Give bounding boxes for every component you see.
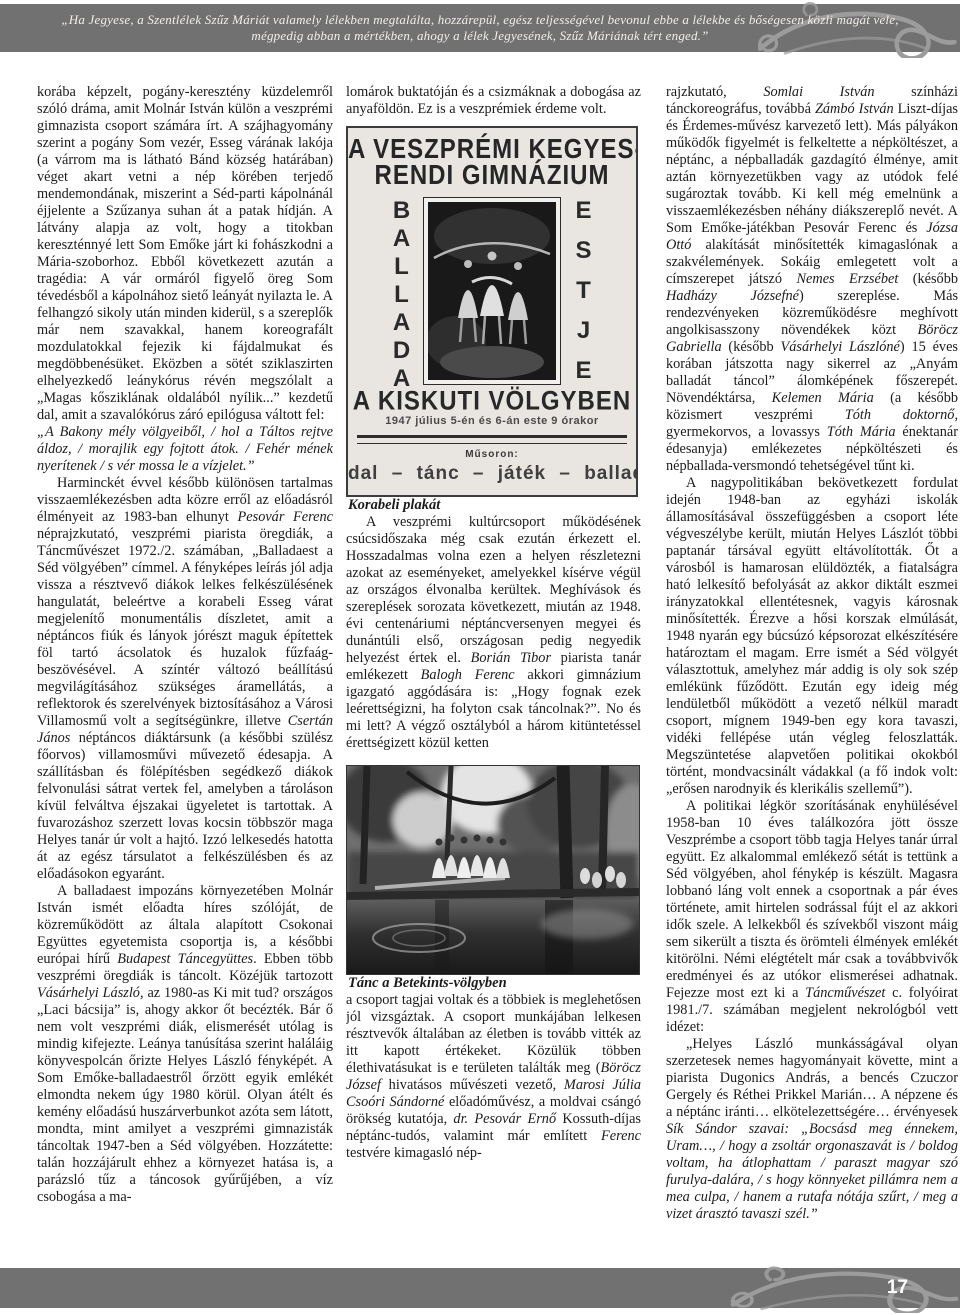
text-column-middle: lomárok buktatóján és a csizmáknak a dob…: [346, 84, 641, 1264]
paragraph: A balladaest impozáns környezetében Moln…: [37, 883, 333, 1206]
ballad-verse: „A Bakony mély völgyeiből, / hol a Tálto…: [37, 424, 333, 475]
paragraph: „Helyes László munkásságával olyan szerz…: [666, 1036, 958, 1223]
poster-image: A VESZPRÉMI KEGYES- RENDI GIMNÁZIUM BALL…: [346, 126, 638, 497]
poster-program-items: dal – tánc – játék – ballada: [348, 465, 636, 482]
poster-divider: [357, 435, 628, 444]
poster-dancers-photo: [423, 197, 561, 385]
paragraph: A nagypolitikában bekövetkezett fordulat…: [666, 475, 958, 798]
text-column-right: rajzkutató, Somlai István színházi tánck…: [666, 84, 958, 1264]
paragraph: rajzkutató, Somlai István színházi tánck…: [666, 84, 958, 475]
paragraph: A veszprémi kultúrcsoport működésének cs…: [346, 514, 641, 752]
page-number: 17: [887, 1277, 908, 1299]
paragraph: Harminckét évvel később különösen tartal…: [37, 475, 333, 883]
magazine-page: „Ha Jegyese, a Szentlélek Szűz Máriát va…: [0, 0, 960, 1315]
poster-middle-section: BALLADA: [348, 193, 636, 389]
paragraph: korába képzelt, pogány-keresztény küzdel…: [37, 84, 333, 424]
header-quote-banner: „Ha Jegyese, a Szentlélek Szűz Máriát va…: [0, 4, 960, 52]
paragraph: A politikai légkör szorításának enyhülés…: [666, 798, 958, 1036]
poster-caption: Korabeli plakát: [346, 497, 641, 514]
paragraph: a csoport tagjai voltak és a többiek is …: [346, 992, 641, 1162]
header-quote-line-1: „Ha Jegyese, a Szentlélek Szűz Máriát va…: [0, 4, 960, 28]
poster-program-label: Műsoron:: [348, 446, 636, 463]
footer-banner: 17: [0, 1268, 960, 1308]
decorative-swirl-icon: [725, 1263, 960, 1313]
text-column-left: korába képzelt, pogány-keresztény küzdel…: [37, 84, 333, 1264]
poster-title-line-2: RENDI GIMNÁZIUM: [348, 161, 636, 191]
header-quote-line-2: mégpedig abban a mértékben, ahogy a léle…: [0, 28, 960, 44]
poster-vertical-text-right: ESTJE: [571, 197, 595, 385]
photo-betekints-volgyben: [346, 765, 640, 975]
poster-vertical-text-left: BALLADA: [389, 197, 413, 385]
poster-subtitle: A KISKUTI VÖLGYBEN: [348, 392, 636, 411]
paragraph: lomárok buktatóján és a csizmáknak a dob…: [346, 84, 641, 118]
photo-caption: Tánc a Betekints-völgyben: [346, 975, 641, 992]
